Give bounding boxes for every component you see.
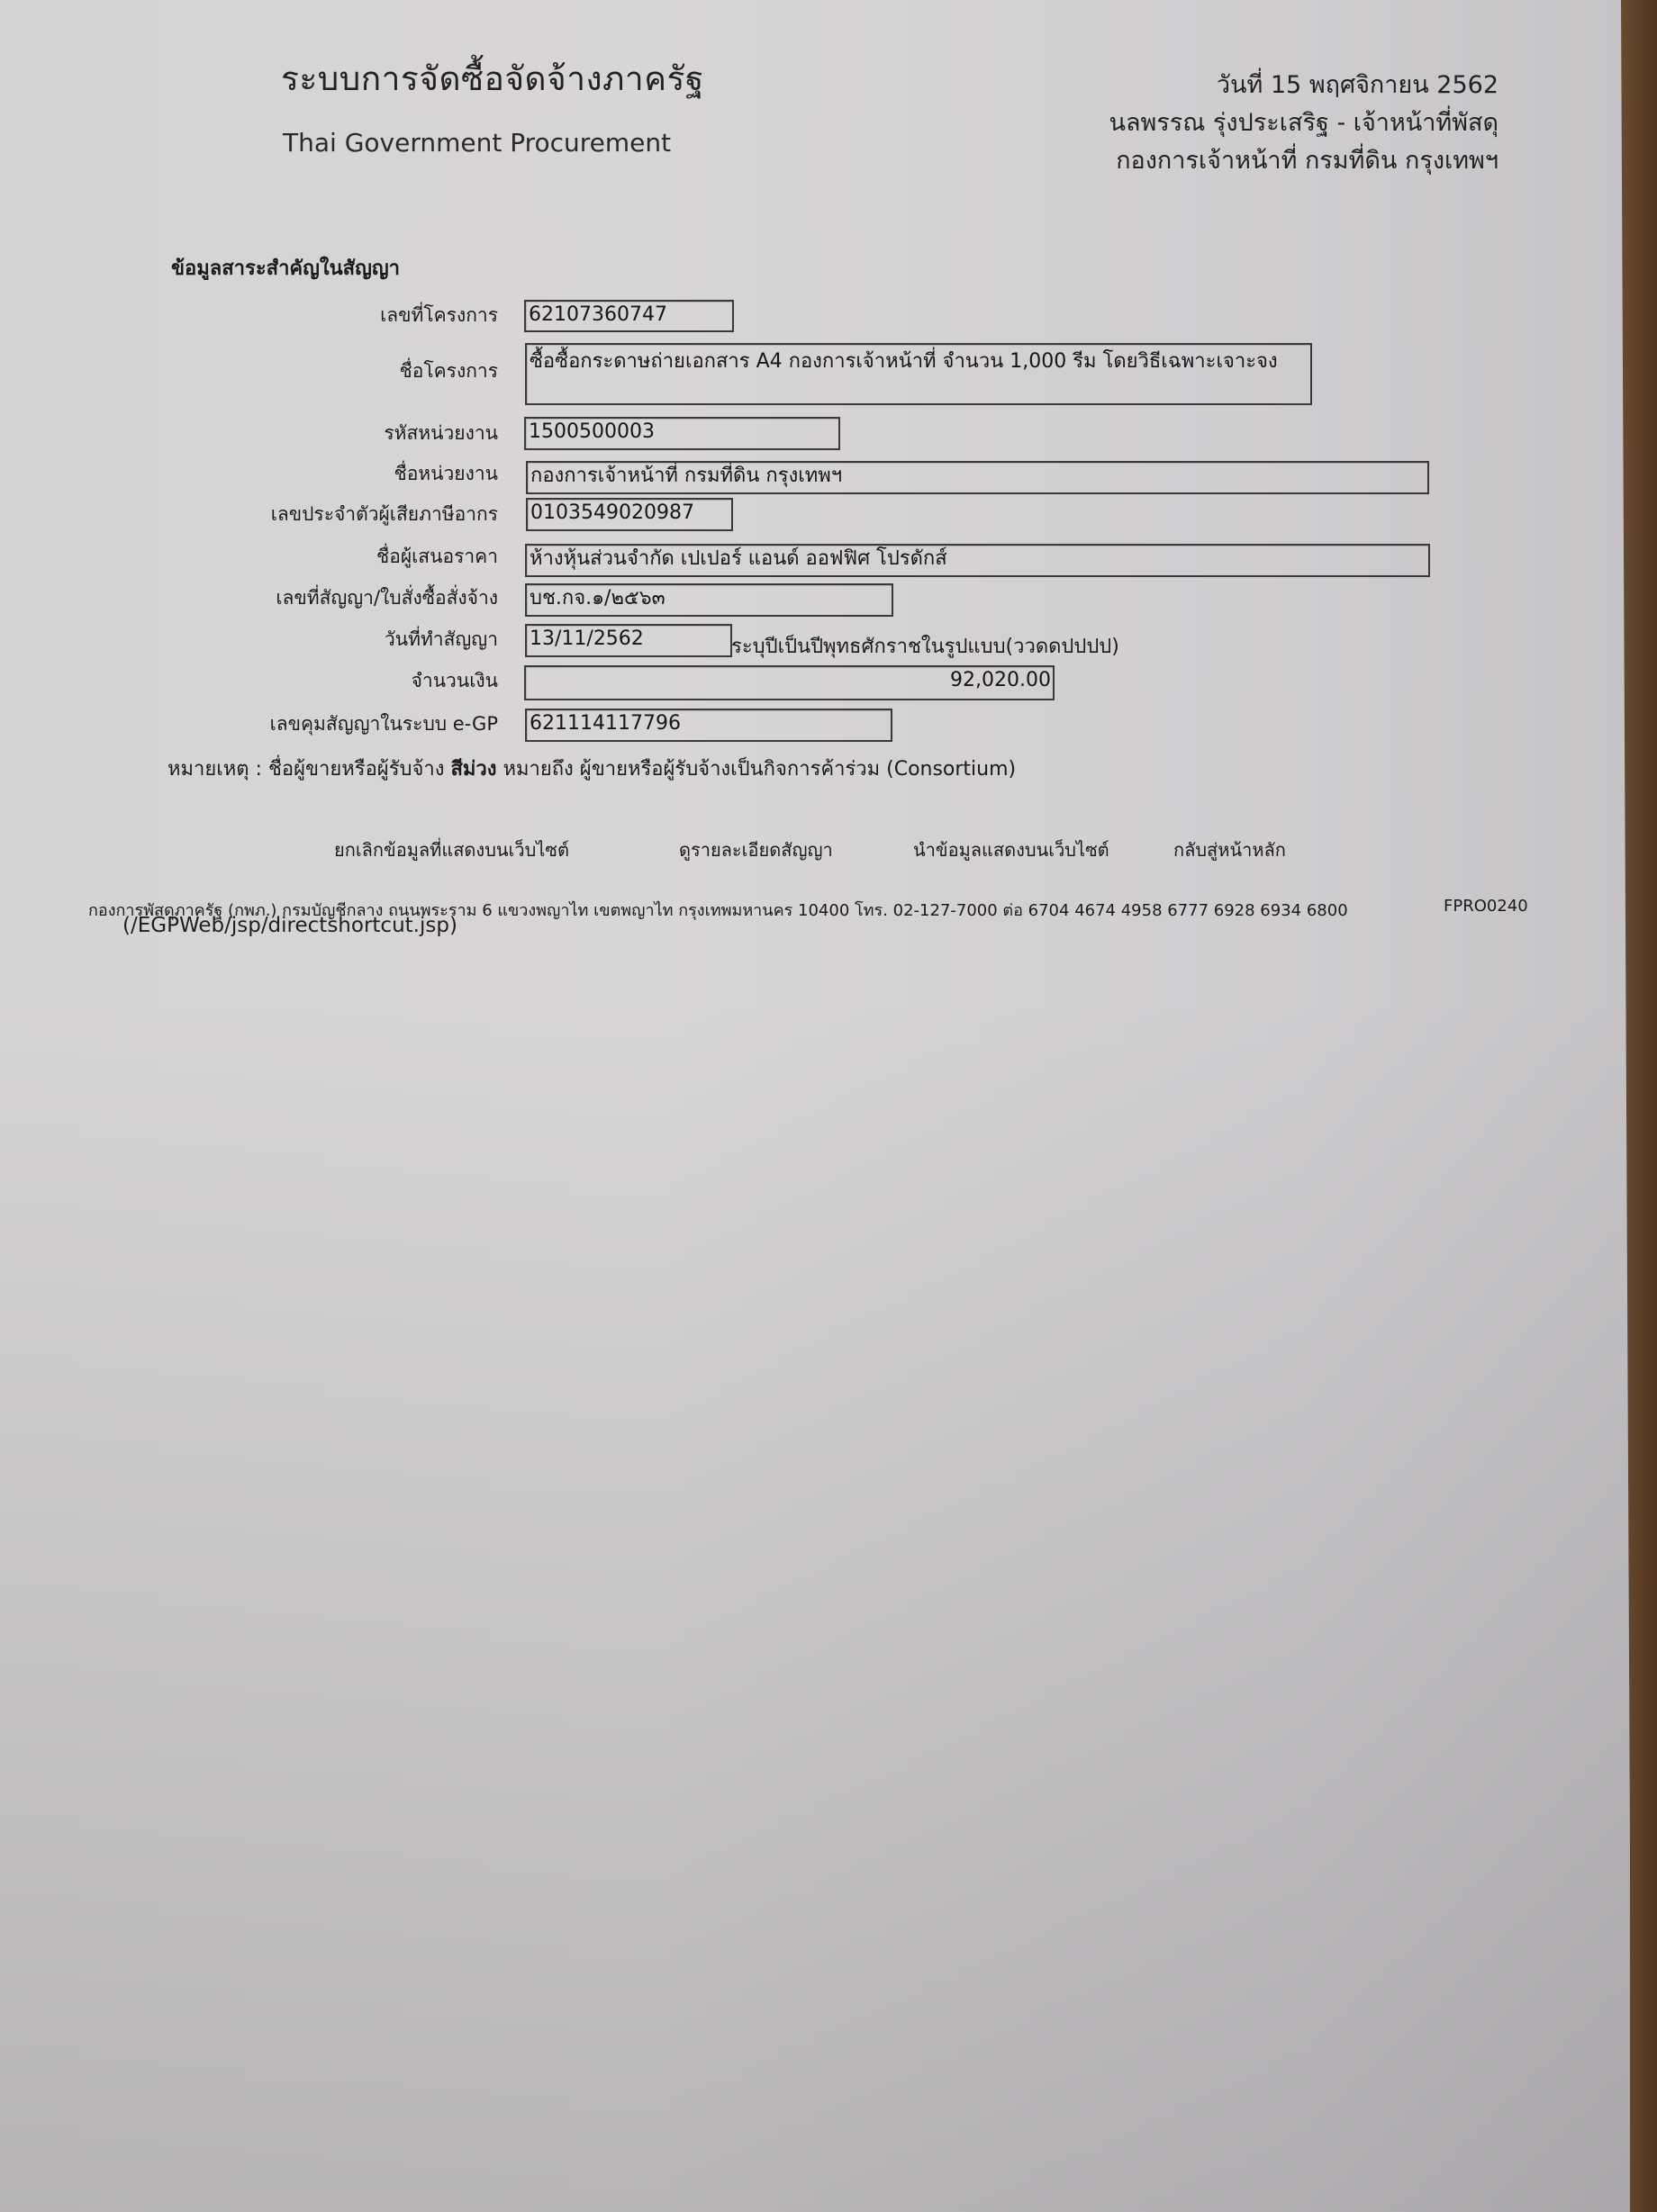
egp-control-number-field[interactable]: 621114117796	[525, 709, 892, 742]
amount-field[interactable]: 92,020.00	[524, 665, 1055, 700]
printed-page: ระบบการจัดซื้อจัดจ้างภาครัฐ Thai Governm…	[0, 0, 1630, 2212]
label-project-number: เลขที่โครงการ	[120, 301, 498, 330]
back-home-link[interactable]: กลับสู่หน้าหลัก	[1173, 835, 1286, 864]
agency-code-field[interactable]: 1500500003	[524, 417, 840, 450]
tax-id-field[interactable]: 0103549020987	[526, 498, 733, 531]
user-department: กองการเจ้าหน้าที่ กรมที่ดิน กรุงเทพฯ	[1116, 140, 1499, 179]
system-title-english: Thai Government Procurement	[283, 128, 671, 158]
project-name-field[interactable]: ซื้อซื้อกระดาษถ่ายเอกสาร A4 กองการเจ้าหน…	[525, 343, 1312, 405]
contract-number-field[interactable]: บช.กจ.๑/๒๕๖๓	[525, 583, 893, 617]
note-prefix: หมายเหตุ : ชื่อผู้ขายหรือผู้รับจ้าง	[168, 758, 450, 781]
label-contract-date: วันที่ทำสัญญา	[120, 625, 498, 655]
note-highlight-purple: สีม่วง	[450, 758, 496, 781]
project-number-field[interactable]: 62107360747	[524, 300, 734, 332]
system-title-thai: ระบบการจัดซื้อจัดจ้างภาครัฐ	[281, 52, 704, 105]
page-path: (/EGPWeb/jsp/directshortcut.jsp)	[122, 914, 457, 937]
consortium-note: หมายเหตุ : ชื่อผู้ขายหรือผู้รับจ้าง สีม่…	[168, 753, 1016, 784]
section-title: ข้อมูลสาระสำคัญในสัญญา	[171, 252, 400, 284]
cancel-publish-link[interactable]: ยกเลิกข้อมูลที่แสดงบนเว็บไซต์	[334, 835, 569, 864]
label-project-name: ชื่อโครงการ	[120, 357, 498, 386]
label-tax-id: เลขประจำตัวผู้เสียภาษีอากร	[120, 500, 498, 529]
contract-date-field[interactable]: 13/11/2562	[525, 624, 732, 657]
user-name-role: นลพรรณ รุ่งประเสริฐ - เจ้าหน้าที่พัสดุ	[1109, 103, 1499, 141]
view-contract-link[interactable]: ดูรายละเอียดสัญญา	[679, 835, 833, 864]
form-code: FPRO0240	[1444, 897, 1528, 916]
label-egp-control-number: เลขคุมสัญญาในระบบ e-GP	[120, 709, 498, 739]
note-suffix: หมายถึง ผู้ขายหรือผู้รับจ้างเป็นกิจการค้…	[497, 758, 1017, 781]
label-agency-code: รหัสหน่วยงาน	[120, 419, 498, 448]
label-agency-name: ชื่อหน่วยงาน	[120, 459, 498, 489]
label-contract-number: เลขที่สัญญา/ใบสั่งซื้อสั่งจ้าง	[120, 583, 498, 613]
print-date: วันที่ 15 พฤศจิกายน 2562	[1217, 65, 1499, 104]
bidder-name-field[interactable]: ห้างหุ้นส่วนจำกัด เปเปอร์ แอนด์ ออฟฟิศ โ…	[525, 544, 1430, 577]
date-format-hint: ระบุปีเป็นปีพุทธศักราชในรูปแบบ(ววดดปปปป)	[731, 630, 1119, 662]
agency-name-field[interactable]: กองการเจ้าหน้าที่ กรมที่ดิน กรุงเทพฯ	[526, 461, 1429, 494]
publish-link[interactable]: นำข้อมูลแสดงบนเว็บไซต์	[913, 835, 1109, 864]
label-amount: จำนวนเงิน	[120, 666, 498, 696]
label-bidder-name: ชื่อผู้เสนอราคา	[120, 542, 498, 572]
